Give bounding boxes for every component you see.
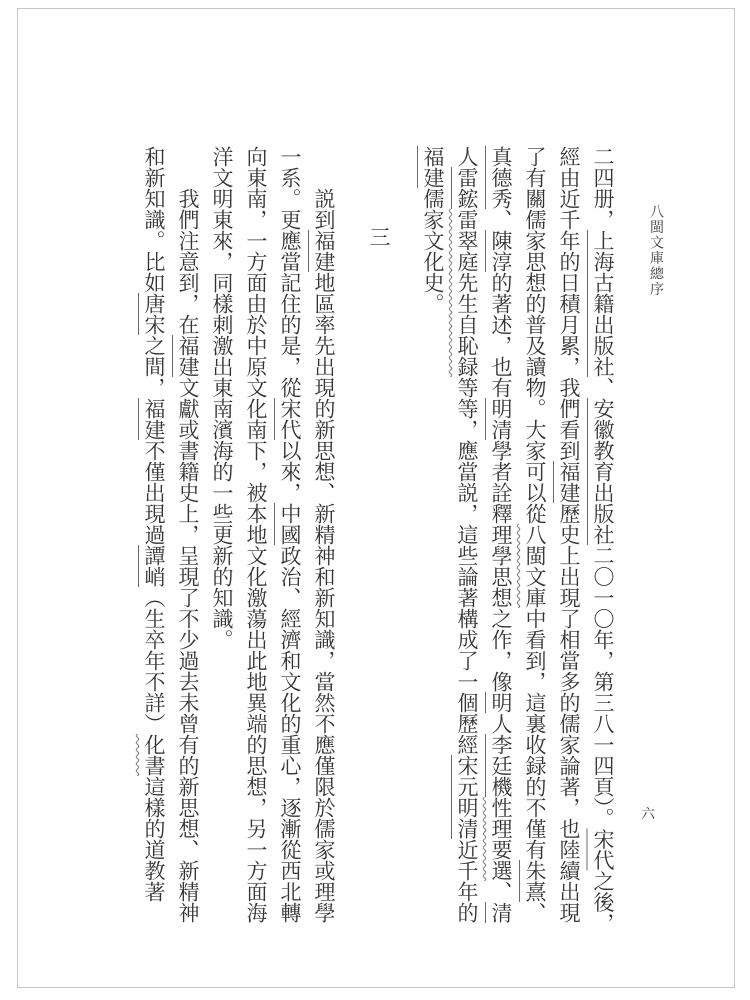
text-column: 洋文明東來，同樣刺激出東南濱海的一些更新的知識。	[205, 146, 239, 956]
proper-noun-marked-text: 唐	[142, 293, 166, 314]
section-heading: 三	[362, 146, 396, 956]
proper-noun-marked-text: 福建	[176, 335, 200, 377]
text-block: 二四册，上海古籍出版社、安徽教育出版社二〇一〇年，第三八一四頁）。宋代之後，經由…	[137, 146, 620, 956]
proper-noun-marked-text: 譚峭	[142, 545, 166, 587]
proper-noun-marked-text: 宋	[455, 755, 479, 776]
text-segment: 近千年的	[455, 839, 479, 923]
text-segment: 二〇一〇年，第三八一四頁）。	[591, 545, 615, 829]
proper-noun-marked-text: 中國	[278, 503, 302, 545]
book-title-marked-text: 性理要選	[489, 797, 513, 881]
proper-noun-marked-text: 宋代	[591, 829, 615, 871]
text-segment: 向東南，一方面由於中原文化南下，被本地文化激蕩出此地異端的思想，另一方面海	[244, 146, 268, 923]
text-segment: 二四册，	[591, 146, 615, 230]
proper-noun-marked-text: 李廷機	[489, 734, 513, 797]
text-column: 説到福建地區率先出現的新思想、新精神和新知識，當然不應僅限於儒家或理學	[307, 146, 341, 956]
proper-noun-marked-text: 明	[455, 797, 479, 818]
proper-noun-marked-text: 明	[489, 692, 513, 713]
book-title-marked-text: 化書	[142, 734, 166, 776]
text-segment: 之間，	[142, 335, 166, 398]
text-segment: 的著述，也有	[489, 272, 513, 398]
proper-noun-marked-text: 真德秀	[489, 146, 513, 209]
text-segment: 不僅出現過	[142, 440, 166, 545]
proper-noun-marked-text: 福建	[557, 461, 581, 503]
proper-noun-marked-text: 清	[489, 419, 513, 440]
proper-noun-marked-text: 清	[489, 902, 513, 923]
text-column: 和新知識。比如唐宋之間，福建不僅出現過譚峭（生卒年不詳）化書這樣的道教著	[137, 146, 171, 956]
text-segment: 了有關儒家思想的普及讀物。大家可以從	[523, 146, 547, 524]
proper-noun-marked-text: 明	[489, 398, 513, 419]
text-segment: 地區率先出現的新思想、新精神和新知識，當然不應僅限於儒家或理學	[312, 272, 336, 923]
text-column: 經由近千年的日積月累，我們看到福建歷史上出現了相當多的儒家論著，也陸續出現	[552, 146, 586, 956]
text-segment: 人	[455, 146, 479, 167]
running-header-title: 八閩文庫總序	[645, 204, 665, 297]
text-segment: 、	[489, 209, 513, 230]
proper-noun-marked-text: 安徽教育出版社	[591, 398, 615, 545]
text-segment: 洋文明東來，同樣刺激出東南濱海的一些更新的知識。	[210, 146, 234, 650]
text-segment: 和新知識。比如	[142, 146, 166, 293]
text-segment: 、	[523, 902, 547, 923]
proper-noun-marked-text: 清	[455, 818, 479, 839]
text-segment: 之後，	[591, 871, 615, 934]
text-segment: 歷史上出現了相當多的儒家論著，也陸續出現	[557, 503, 581, 923]
text-segment: 文獻或書籍史上，呈現了不少過去未曾有的新思想、新精神	[176, 377, 200, 923]
text-column: 真德秀、陳淳的著述，也有明清學者詮釋理學思想之作，像明人李廷機性理要選、清	[484, 146, 518, 956]
proper-noun-marked-text: 上海古籍出版社	[591, 230, 615, 377]
page-number: 六	[636, 806, 656, 820]
proper-noun-marked-text: 陳淳	[489, 230, 513, 272]
text-column: 二四册，上海古籍出版社、安徽教育出版社二〇一〇年，第三八一四頁）。宋代之後，	[586, 146, 620, 956]
text-segment: （生卒年不詳）	[142, 587, 166, 734]
book-title-marked-text: 雷翠庭先生自恥録	[455, 209, 479, 377]
text-segment: 這樣的道教著	[142, 776, 166, 902]
text-column: 向東南，一方面由於中原文化南下，被本地文化激蕩出此地異端的思想，另一方面海	[239, 146, 273, 956]
text-segment: 我們注意到，在	[176, 146, 200, 335]
proper-noun-marked-text: 福建	[312, 230, 336, 272]
text-column: 我們注意到，在福建文獻或書籍史上，呈現了不少過去未曾有的新思想、新精神	[171, 146, 205, 956]
text-segment: 經由近千年的日積月累，我們看到	[557, 146, 581, 461]
text-segment: 政治、經濟和文化的重心，逐漸從西北轉	[278, 545, 302, 923]
proper-noun-marked-text: 元	[455, 776, 479, 797]
text-segment: 等等，應當説，這些論著構成了一個歷經	[455, 377, 479, 755]
proper-noun-marked-text: 朱熹	[523, 860, 547, 902]
text-segment: 人	[489, 713, 513, 734]
proper-noun-marked-text: 雷鋐	[455, 167, 479, 209]
proper-noun-marked-text: 福建	[421, 146, 445, 188]
book-title-marked-text: 八閩文庫	[523, 524, 547, 608]
text-segment: 儒家文化史。	[421, 188, 445, 314]
proper-noun-marked-text: 宋代	[278, 398, 302, 440]
book-page: 八閩文庫總序 六 二四册，上海古籍出版社、安徽教育出版社二〇一〇年，第三八一四頁…	[0, 0, 750, 1000]
text-segment: 三	[367, 226, 391, 247]
text-segment: 、	[591, 377, 615, 398]
text-segment: 一系。更應當記住的是，從	[278, 146, 302, 398]
text-segment: 説到	[312, 146, 336, 230]
text-column: 人雷鋐雷翠庭先生自恥録等等，應當説，這些論著構成了一個歷經宋元明清近千年的	[450, 146, 484, 956]
text-segment: 學者詮釋理學思想之作，像	[489, 440, 513, 692]
text-column: 福建儒家文化史。	[416, 146, 450, 956]
text-column: 一系。更應當記住的是，從宋代以來，中國政治、經濟和文化的重心，逐漸從西北轉	[273, 146, 307, 956]
text-segment: 中看到，這裏收録的不僅有	[523, 608, 547, 860]
proper-noun-marked-text: 福建	[142, 398, 166, 440]
proper-noun-marked-text: 宋	[142, 314, 166, 335]
text-segment: 、	[489, 881, 513, 902]
text-column: 了有關儒家思想的普及讀物。大家可以從八閩文庫中看到，這裏收録的不僅有朱熹、	[518, 146, 552, 956]
text-segment: 以來，	[278, 440, 302, 503]
